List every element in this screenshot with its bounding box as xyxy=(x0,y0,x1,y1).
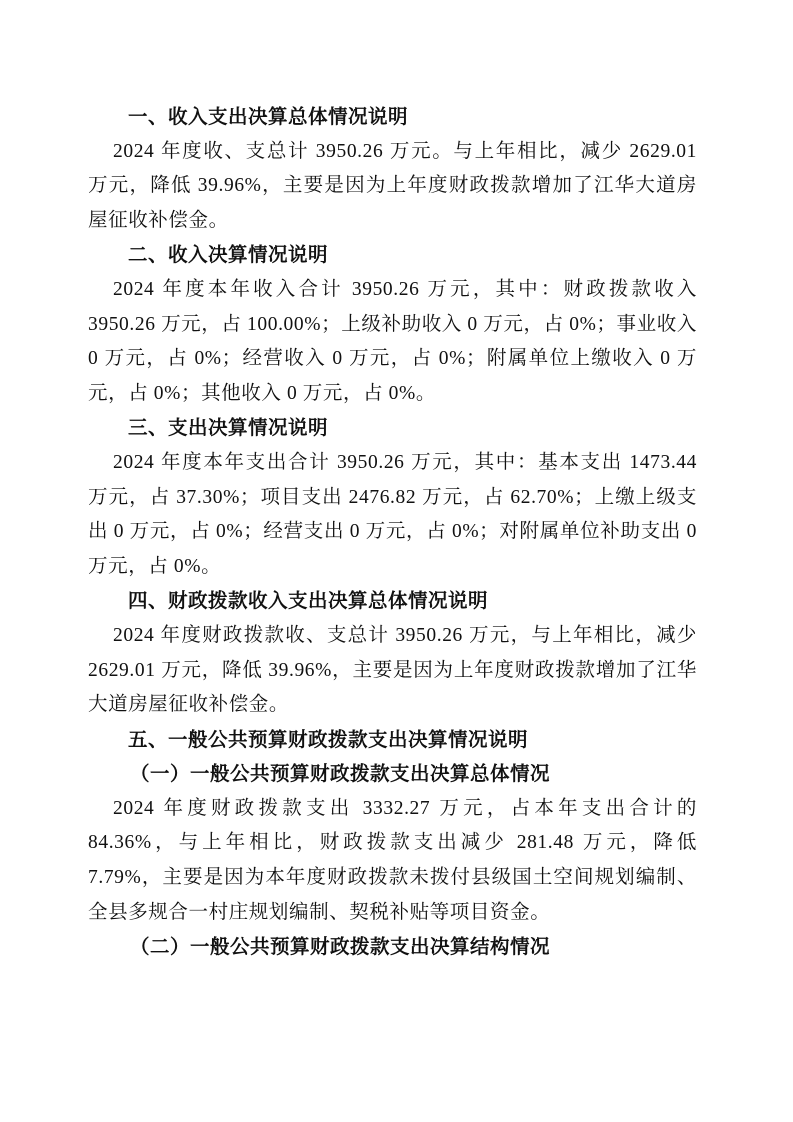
section-5-heading: 五、一般公共预算财政拨款支出决算情况说明 xyxy=(88,723,697,758)
section-2: 二、收入决算情况说明 2024 年度本年收入合计 3950.26 万元，其中：财… xyxy=(88,238,697,411)
section-3: 三、支出决算情况说明 2024 年度本年支出合计 3950.26 万元，其中：基… xyxy=(88,411,697,584)
section-5-sub1-body: 2024 年度财政拨款支出 3332.27 万元，占本年支出合计的 84.36%… xyxy=(88,792,697,930)
section-5: 五、一般公共预算财政拨款支出决算情况说明 （一）一般公共预算财政拨款支出决算总体… xyxy=(88,723,697,965)
section-5-sub2-heading: （二）一般公共预算财政拨款支出决算结构情况 xyxy=(88,930,697,965)
section-1-body: 2024 年度收、支总计 3950.26 万元。与上年相比，减少 2629.01… xyxy=(88,135,697,239)
section-4: 四、财政拨款收入支出决算总体情况说明 2024 年度财政拨款收、支总计 3950… xyxy=(88,584,697,722)
section-4-heading: 四、财政拨款收入支出决算总体情况说明 xyxy=(88,584,697,619)
section-3-body: 2024 年度本年支出合计 3950.26 万元，其中：基本支出 1473.44… xyxy=(88,446,697,584)
section-1: 一、收入支出决算总体情况说明 2024 年度收、支总计 3950.26 万元。与… xyxy=(88,100,697,238)
section-2-heading: 二、收入决算情况说明 xyxy=(88,238,697,273)
section-1-heading: 一、收入支出决算总体情况说明 xyxy=(88,100,697,135)
document-page: 一、收入支出决算总体情况说明 2024 年度收、支总计 3950.26 万元。与… xyxy=(0,0,793,1122)
section-5-sub1-heading: （一）一般公共预算财政拨款支出决算总体情况 xyxy=(88,757,697,792)
section-2-body: 2024 年度本年收入合计 3950.26 万元，其中：财政拨款收入 3950.… xyxy=(88,273,697,411)
section-3-heading: 三、支出决算情况说明 xyxy=(88,411,697,446)
section-4-body: 2024 年度财政拨款收、支总计 3950.26 万元，与上年相比，减少 262… xyxy=(88,619,697,723)
